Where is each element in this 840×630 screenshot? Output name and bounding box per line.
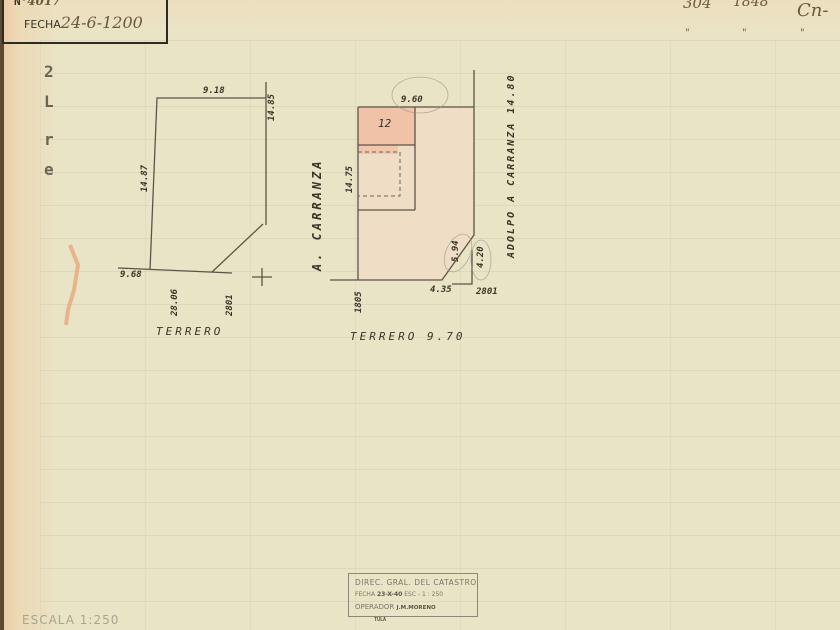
catastro-operator-label: OPERADOR xyxy=(355,603,394,611)
dim-left-offset-b: 2801 xyxy=(225,294,235,316)
cadastral-sheet: N°4017 FECHA24-6-1200 304 1848 Cn- " " "… xyxy=(0,0,840,630)
scale-label: ESCALA 1:250 xyxy=(22,613,119,627)
dim-right-depth: 14.75 xyxy=(345,166,355,193)
dim-left-right: 14.85 xyxy=(267,94,277,121)
dim-left-bottom: 9.68 xyxy=(120,270,142,280)
dim-chamfer-side: 4.20 xyxy=(476,246,486,268)
street-west: A. CARRANZA xyxy=(310,159,324,271)
catastro-date-label: FECHA xyxy=(355,591,375,598)
dim-left-top: 9.18 xyxy=(203,86,225,96)
dim-offset-left: 1805 xyxy=(354,291,364,313)
lot-number: 12 xyxy=(378,117,391,130)
catastro-scale: ESC - 1 : 250 xyxy=(404,591,443,598)
catastro-operator-value: J.M.MORENO xyxy=(397,605,436,611)
catastro-date-row: FECHA 23-X-40 ESC - 1 : 250 xyxy=(355,591,443,598)
catastro-title: DIREC. GRAL. DEL CATASTRO xyxy=(355,578,477,587)
catastro-date-value: 23-X-40 xyxy=(377,591,402,598)
catastro-operator-row: OPERADOR J.M.MORENO xyxy=(355,603,436,611)
dim-offset-right: 2801 xyxy=(476,287,498,297)
catastro-stamp: DIREC. GRAL. DEL CATASTRO FECHA 23-X-40 … xyxy=(348,573,478,617)
label-terreno-right: TERRERO 9.70 xyxy=(350,330,465,343)
catastro-footer: TULA xyxy=(374,617,386,623)
dim-left-left: 14.87 xyxy=(140,165,150,192)
dim-chamfer: 5.94 xyxy=(451,240,461,262)
street-east: ADOLPO A CARRANZA 14.80 xyxy=(506,74,517,258)
dim-right-top: 9.60 xyxy=(401,95,423,105)
label-terreno-left: TERRERO xyxy=(156,325,223,338)
dim-left-offset-a: 28.06 xyxy=(170,289,180,316)
dim-bottom-segment: 4.35 xyxy=(430,285,452,295)
